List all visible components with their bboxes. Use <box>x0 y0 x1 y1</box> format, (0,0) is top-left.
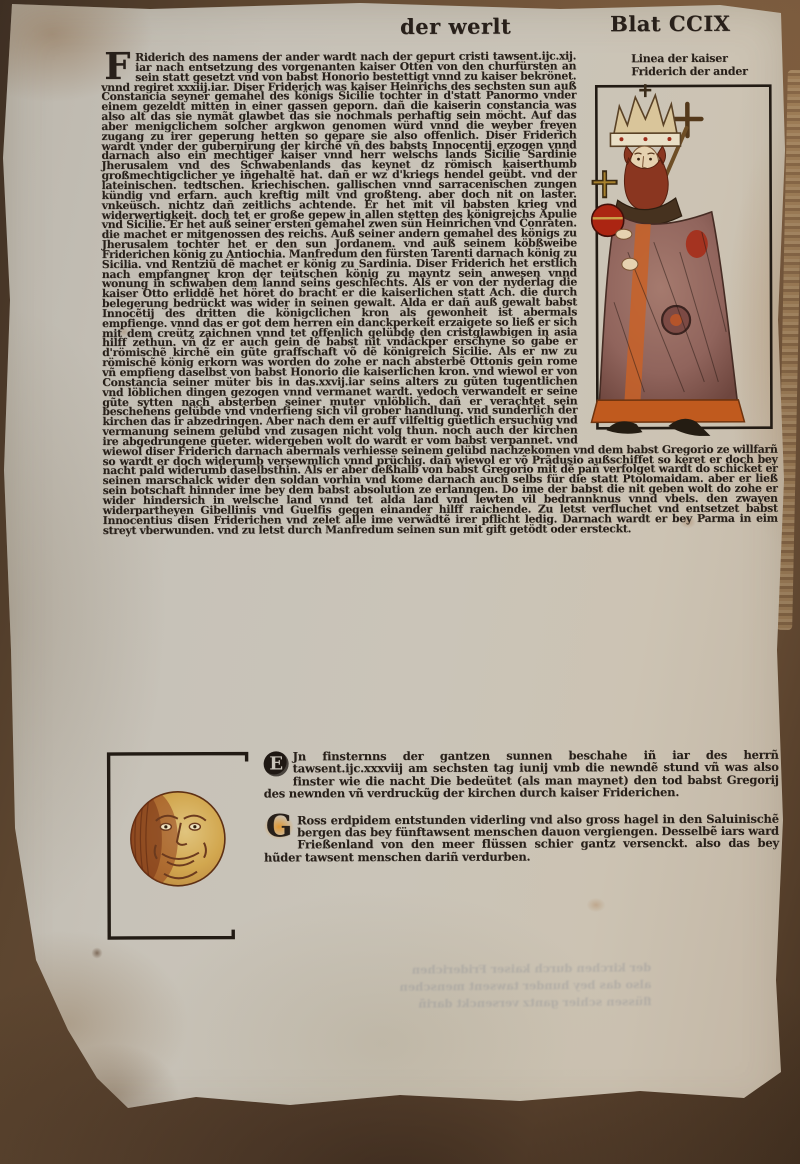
margin-caption: Linea der kaiser Friderich der ander <box>583 51 776 83</box>
eclipse-figure-block <box>104 741 257 950</box>
sceptre-hand <box>622 258 638 270</box>
dropcap-initial-f: F <box>101 53 133 80</box>
emperor-figure-block: Linea der kaiser Friderich der ander <box>583 51 777 437</box>
printed-content: der werlt Blat CCIX Linea der kaiser Fri… <box>0 0 800 1164</box>
sun-face <box>118 789 225 889</box>
verso-show-through: der kirchen durch kaiser Friderichen als… <box>96 959 652 1016</box>
folio-number: Blat CCIX <box>610 11 730 36</box>
eclipse-paragraph-text: Jn finsternns der gantzen sunnen beschah… <box>264 748 779 801</box>
crown <box>610 84 680 146</box>
moon-woodcut <box>104 741 257 948</box>
bottom-text-block: EJn finsternns der gantzen sunnen bescha… <box>104 735 780 949</box>
dropcap-initial-e: E <box>264 751 289 776</box>
hem <box>591 400 744 423</box>
earthquake-paragraph-text: Ross erdpidem entstunden viderling vnd a… <box>264 811 779 864</box>
main-text-block: Linea der kaiser Friderich der ander <box>101 51 778 536</box>
running-title: der werlt <box>400 14 511 39</box>
caption-line-2: Friderich der ander <box>631 65 776 79</box>
robe <box>599 212 738 402</box>
dropcap-initial-g: G <box>264 814 294 839</box>
scanned-page-photo: der werlt Blat CCIX Linea der kaiser Fri… <box>0 0 800 1164</box>
caption-line-1: Linea der kaiser <box>631 52 776 66</box>
emperor-woodcut <box>583 82 777 437</box>
